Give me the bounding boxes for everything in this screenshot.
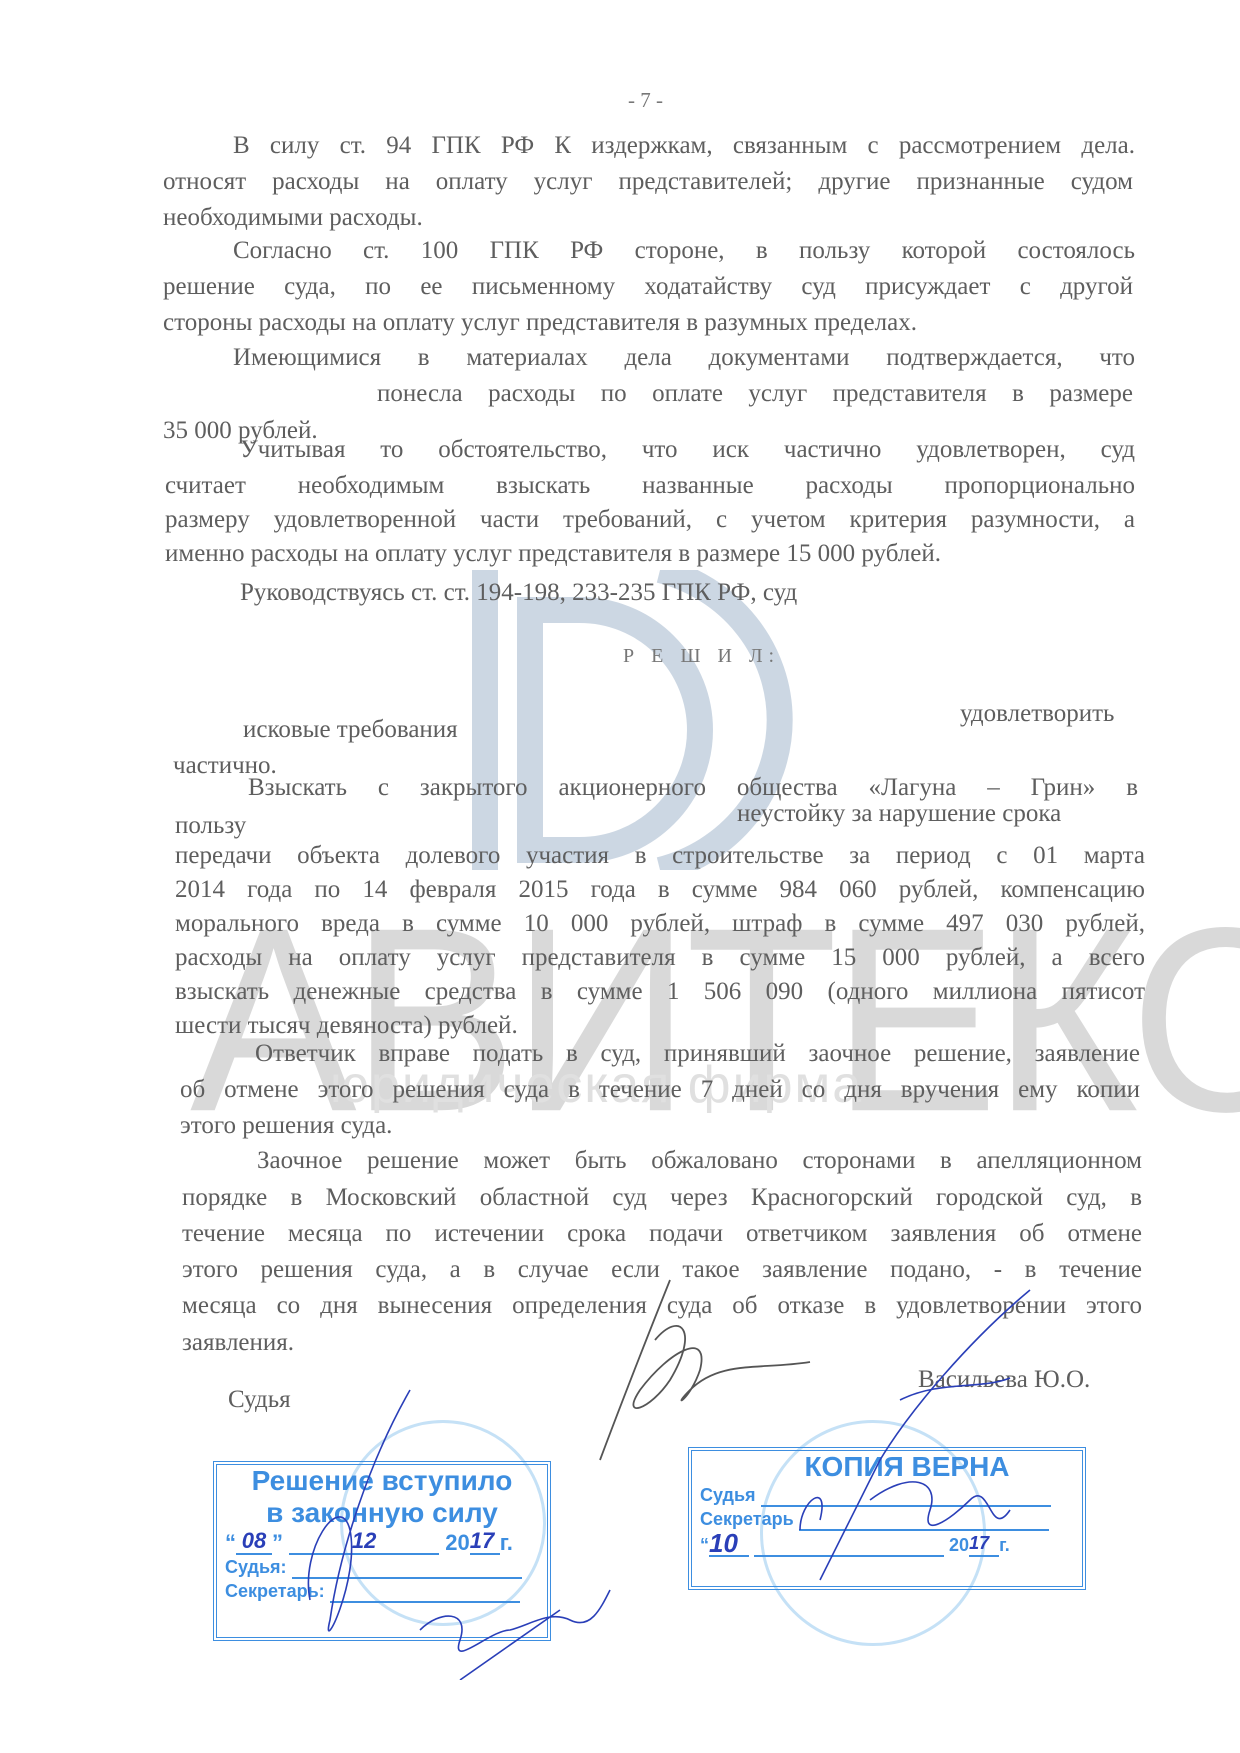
stamp1-title-line-1: Решение вступило	[217, 1465, 547, 1497]
stamp1-year-prefix: 20	[445, 1530, 469, 1555]
stamp2-year-prefix: 20	[949, 1535, 969, 1555]
stamp1-day: 08	[236, 1529, 272, 1555]
appeal-line-4: этого решения суда, а в случае если тако…	[182, 1252, 1142, 1288]
paragraph-4-line-4: именно расходы на оплату услуг представи…	[165, 536, 941, 572]
recover-line-3: передачи объекта долевого участия в стро…	[175, 838, 1145, 874]
stamp2-secretary-label: Секретарь	[700, 1509, 794, 1529]
appeal-line-2: порядке в Московский областной суд через…	[182, 1180, 1142, 1216]
appeal-line-1: Заочное решение может быть обжаловано ст…	[257, 1143, 1142, 1179]
judge-label: Судья	[228, 1382, 291, 1418]
claims-right: удовлетворить	[960, 696, 1114, 732]
appeal-line-3: течение месяца по истечении срока подачи…	[182, 1216, 1142, 1252]
stamp1-year-suffix: 17	[470, 1529, 500, 1555]
stamp-copy-verified: КОПИЯ ВЕРНА Судья Секретарь “10 2017г.	[688, 1447, 1086, 1590]
recover-line-2-right: неустойку за нарушение срока	[737, 796, 1061, 832]
decision-heading: Р Е Ш И Л:	[623, 645, 780, 668]
recover-line-6: расходы на оплату услуг представителя в …	[175, 940, 1145, 976]
stamp2-year-suffix: 17	[969, 1531, 999, 1557]
paragraph-2-line-2: решение суда, по ее письменному ходатайс…	[163, 269, 1133, 305]
recover-line-4: 2014 года по 14 февраля 2015 года в сумм…	[175, 872, 1145, 908]
paragraph-5-line-1: Руководствуясь ст. ст. 194-198, 233-235 …	[240, 575, 797, 611]
recover-line-5: морального вреда в сумме 10 000 рублей, …	[175, 906, 1145, 942]
paragraph-4-line-1: Учитывая то обстоятельство, что иск част…	[240, 432, 1135, 468]
page-number: - 7 -	[628, 88, 663, 113]
stamp2-judge-label: Судья	[700, 1485, 756, 1505]
paragraph-1-line-2: относят расходы на оплату услуг представ…	[163, 164, 1133, 200]
stamp1-judge-label: Судья:	[225, 1557, 287, 1577]
defendant-line-2: об отмене этого решения суда в течение 7…	[180, 1072, 1140, 1108]
stamp1-month: 12	[289, 1529, 439, 1555]
paragraph-1-line-3: необходимыми расходы.	[163, 200, 423, 236]
appeal-line-5: месяца со дня вынесения определения суда…	[182, 1288, 1142, 1324]
paragraph-3-line-1: Имеющимися в материалах дела документами…	[233, 340, 1135, 376]
judge-name: Васильева Ю.О.	[918, 1362, 1090, 1398]
stamp2-title: КОПИЯ ВЕРНА	[692, 1451, 1082, 1483]
stamp1-secretary-label: Секретарь:	[225, 1581, 325, 1601]
stamp2-day: 10	[709, 1531, 749, 1557]
paragraph-4-line-2: считает необходимым взыскать названные р…	[165, 468, 1135, 504]
stamp1-title-line-2: в законную силу	[217, 1497, 547, 1529]
stamp2-year-end: г.	[999, 1535, 1010, 1555]
paragraph-1-line-1: В силу ст. 94 ГПК РФ К издержкам, связан…	[233, 128, 1135, 164]
defendant-line-3: этого решения суда.	[180, 1108, 392, 1144]
paragraph-2-line-3: стороны расходы на оплату услуг представ…	[163, 305, 917, 341]
claims-left: исковые требования	[243, 712, 458, 748]
stamp-entered-into-force: Решение вступило в законную силу “08” 12…	[213, 1461, 551, 1641]
appeal-line-6: заявления.	[182, 1325, 294, 1361]
stamp1-year-end: г.	[500, 1530, 513, 1555]
paragraph-3-line-2: понесла расходы по оплате услуг представ…	[377, 376, 1133, 412]
paragraph-4-line-3: размеру удовлетворенной части требований…	[165, 502, 1135, 538]
recover-line-7: взыскать денежные средства в сумме 1 506…	[175, 974, 1145, 1010]
paragraph-2-line-1: Согласно ст. 100 ГПК РФ стороне, в польз…	[233, 233, 1135, 269]
defendant-line-1: Ответчик вправе подать в суд, принявший …	[255, 1036, 1140, 1072]
